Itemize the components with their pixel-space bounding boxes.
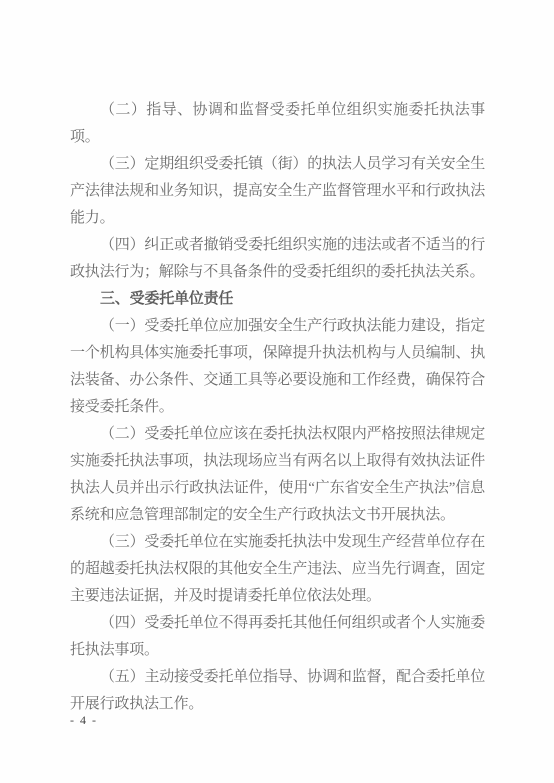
paragraph-item-2: （二）指导、协调和监督受委托单位组织实施委托执法事项。	[70, 97, 485, 151]
paragraph-resp-4: （四）受委托单位不得再委托其他任何组织或者个人实施委托执法事项。	[70, 610, 485, 664]
document-body: （二）指导、协调和监督受委托单位组织实施委托执法事项。 （三）定期组织受委托镇（…	[70, 97, 485, 718]
paragraph-resp-3: （三）受委托单位在实施委托执法中发现生产经营单位存在的超越委托执法权限的其他安全…	[70, 529, 485, 610]
paragraph-resp-5: （五）主动接受委托单位指导、协调和监督，配合委托单位开展行政执法工作。	[70, 664, 485, 718]
paragraph-item-3: （三）定期组织受委托镇（街）的执法人员学习有关安全生产法律法规和业务知识，提高安…	[70, 151, 485, 232]
paragraph-resp-2: （二）受委托单位应该在委托执法权限内严格按照法律规定实施委托执法事项，执法现场应…	[70, 421, 485, 529]
page-number: - 4 -	[70, 713, 98, 728]
paragraph-item-4: （四）纠正或者撤销受委托组织实施的违法或者不适当的行政执法行为；解除与不具备条件…	[70, 232, 485, 286]
document-page: （二）指导、协调和监督受委托单位组织实施委托执法事项。 （三）定期组织受委托镇（…	[0, 0, 554, 783]
paragraph-resp-1: （一）受委托单位应加强安全生产行政执法能力建设，指定一个机构具体实施委托事项，保…	[70, 313, 485, 421]
section-heading-three: 三、受委托单位责任	[70, 286, 485, 313]
